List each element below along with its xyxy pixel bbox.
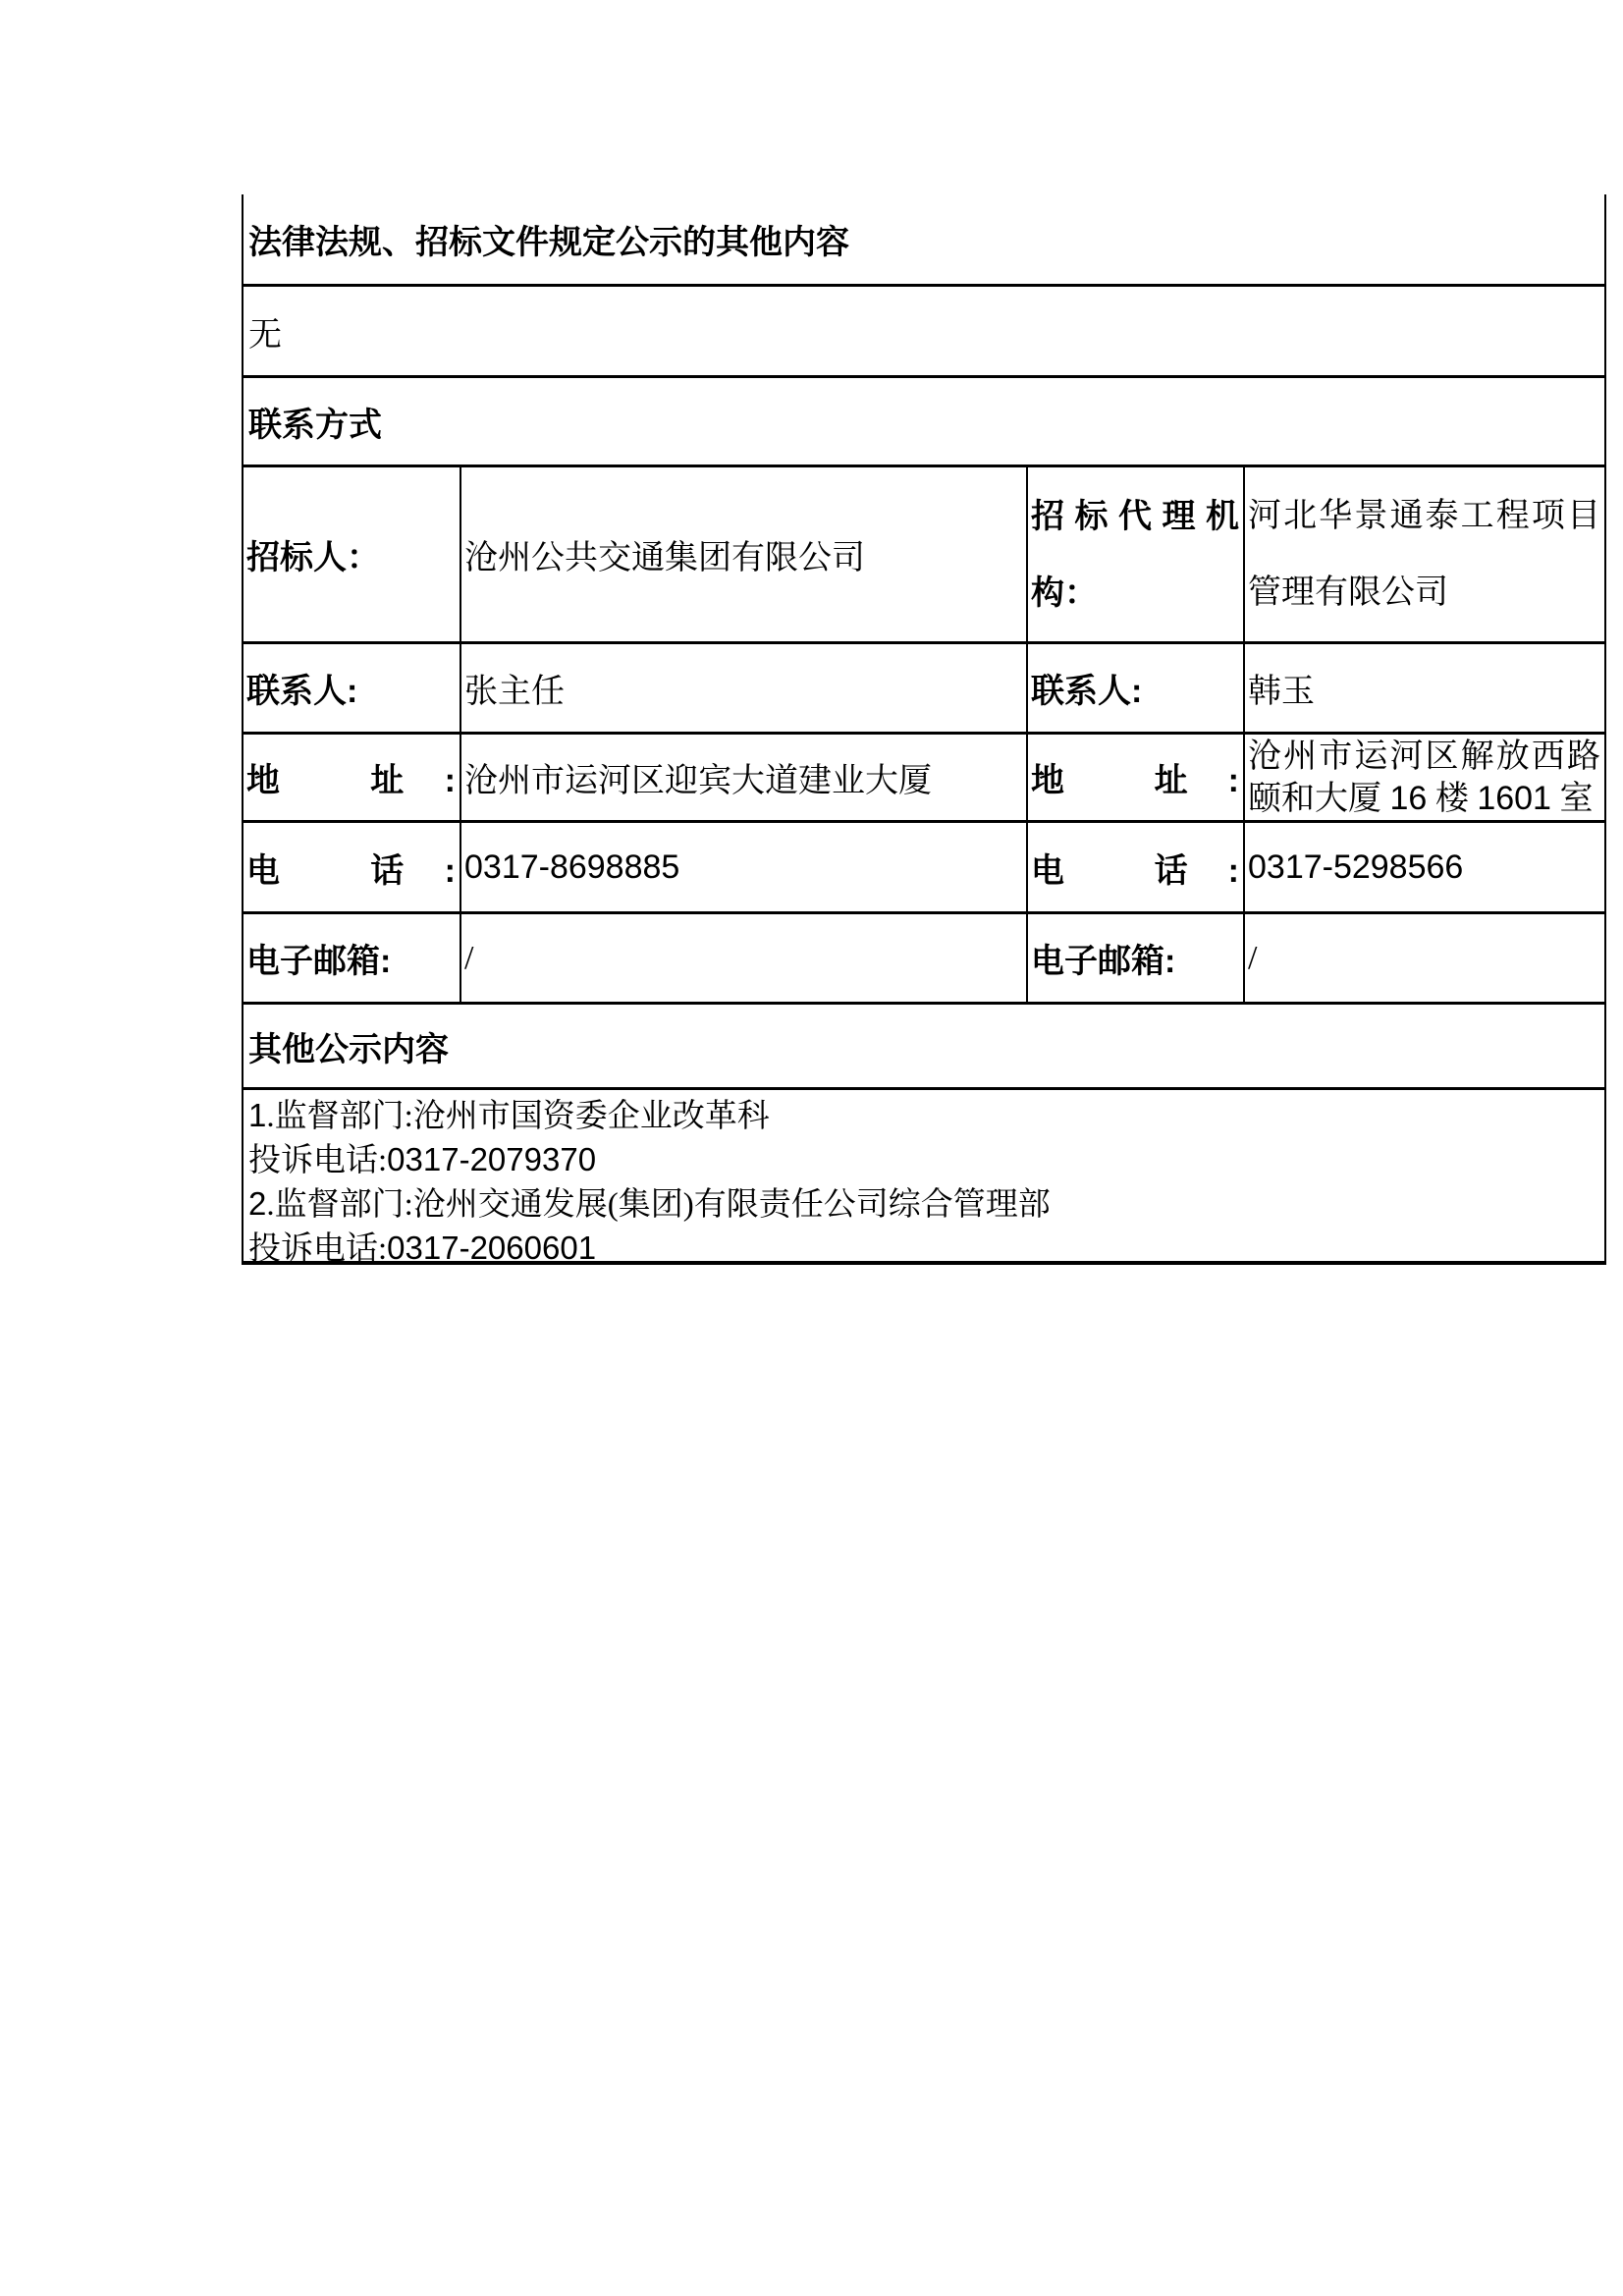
contact1-label-cell: 联系人: (243, 644, 460, 732)
bidder-value: 沧州公共交通集团有限公司 (461, 530, 1026, 578)
bidder-value-cell: 沧州公共交通集团有限公司 (460, 467, 1026, 641)
agency-label: 招 标 代 理 机 构： (1028, 478, 1243, 631)
email2-label: 电子邮箱: (1028, 934, 1243, 982)
tel2-value: 0317-5298566 (1245, 848, 1604, 887)
contact2-label-cell: 联系人: (1026, 644, 1243, 732)
row-bidder-agency: 招标人： 沧州公共交通集团有限公司 招 标 代 理 机 构： 河北华景通泰工程项… (243, 467, 1604, 644)
contact1-label: 联系人: (243, 664, 460, 712)
agency-label-cell: 招 标 代 理 机 构： (1026, 467, 1243, 641)
addr1-value: 沧州市运河区迎宾大道建业大厦 (461, 753, 1026, 801)
supervision-info: 1.监督部门:沧州市国资委企业改革科 投诉电话:0317-2079370 2.监… (243, 1090, 1604, 1261)
email1-value-cell: / (460, 914, 1026, 1002)
email1-label: 电子邮箱: (243, 934, 460, 982)
email1-label-cell: 电子邮箱: (243, 914, 460, 1002)
tel1-value: 0317-8698885 (461, 848, 1026, 887)
section-header-legal: 法律法规、招标文件规定公示的其他内容 (243, 194, 1604, 284)
section-header-contact: 联系方式 (243, 378, 1604, 465)
email2-label-cell: 电子邮箱: (1026, 914, 1243, 1002)
row-contact-person: 联系人: 张主任 联系人: 韩玉 (243, 644, 1604, 735)
contact1-value-cell: 张主任 (460, 644, 1026, 732)
row-contact-header: 联系方式 (243, 378, 1604, 467)
addr2-value: 沧州市运河区解放西路颐和大厦 16 楼 1601 室 (1245, 736, 1604, 820)
row-supervision-info: 1.监督部门:沧州市国资委企业改革科 投诉电话:0317-2079370 2.监… (243, 1090, 1604, 1265)
email1-value: / (461, 940, 1026, 977)
row-legal-value: 无 (243, 287, 1604, 378)
tel1-value-cell: 0317-8698885 (460, 823, 1026, 911)
supervision-line-4: 投诉电话:0317-2060601 (248, 1227, 1598, 1271)
row-telephone: 电 话: 0317-8698885 电 话: 0317-5298566 (243, 823, 1604, 914)
row-email: 电子邮箱: / 电子邮箱: / (243, 914, 1604, 1005)
document-page: 法律法规、招标文件规定公示的其他内容 无 联系方式 招标人： 沧州公共交通集团有… (0, 0, 1623, 2296)
announcement-table: 法律法规、招标文件规定公示的其他内容 无 联系方式 招标人： 沧州公共交通集团有… (242, 194, 1606, 1265)
email2-value-cell: / (1243, 914, 1604, 1002)
tel2-label: 电 话: (1028, 844, 1243, 892)
email2-value: / (1245, 940, 1604, 977)
contact2-value-cell: 韩玉 (1243, 644, 1604, 732)
tel2-label-cell: 电 话: (1026, 823, 1243, 911)
addr2-label-cell: 地 址: (1026, 735, 1243, 820)
supervision-line-1: 1.监督部门:沧州市国资委企业改革科 (248, 1094, 1598, 1138)
addr1-label-cell: 地 址: (243, 735, 460, 820)
contact1-value: 张主任 (461, 664, 1026, 712)
agency-value-cell: 河北华景通泰工程项目管理有限公司 (1243, 467, 1604, 641)
contact2-label: 联系人: (1028, 664, 1243, 712)
addr1-value-cell: 沧州市运河区迎宾大道建业大厦 (460, 735, 1026, 820)
bidder-label-cell: 招标人： (243, 467, 460, 641)
supervision-line-2: 投诉电话:0317-2079370 (248, 1138, 1598, 1182)
addr2-label: 地 址: (1028, 753, 1243, 801)
bidder-label: 招标人： (243, 530, 460, 578)
section-header-other: 其他公示内容 (243, 1005, 1604, 1087)
supervision-line-3: 2.监督部门:沧州交通发展(集团)有限责任公司综合管理部 (248, 1182, 1598, 1227)
tel1-label-cell: 电 话: (243, 823, 460, 911)
addr1-label: 地 址: (243, 753, 460, 801)
row-address: 地 址: 沧州市运河区迎宾大道建业大厦 地 址: 沧州市运河区解放西路颐和大厦 … (243, 735, 1604, 823)
tel1-label: 电 话: (243, 844, 460, 892)
addr2-value-cell: 沧州市运河区解放西路颐和大厦 16 楼 1601 室 (1243, 735, 1604, 820)
legal-other-content-value: 无 (243, 287, 1604, 375)
row-other-header: 其他公示内容 (243, 1005, 1604, 1090)
contact2-value: 韩玉 (1245, 664, 1604, 712)
agency-value: 河北华景通泰工程项目管理有限公司 (1245, 478, 1604, 631)
row-legal-header: 法律法规、招标文件规定公示的其他内容 (243, 194, 1604, 287)
tel2-value-cell: 0317-5298566 (1243, 823, 1604, 911)
